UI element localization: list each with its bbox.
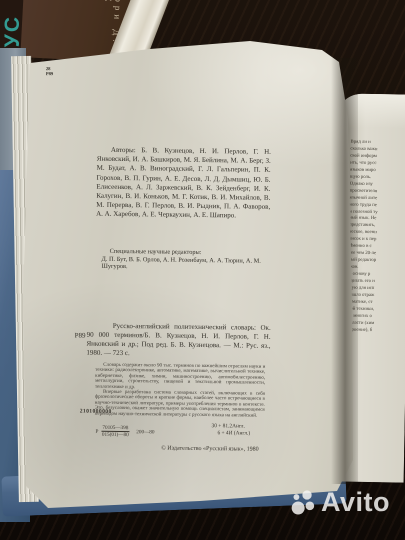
bibliographic-entry: Русско-английский политехнический словар… [86, 322, 270, 360]
special-editors-block: Специальные научные редакторы: Д. П. Бут… [101, 248, 269, 273]
classification-codes: 30 + 81.2Англ. 6 + 4И (Англ.) [211, 423, 250, 438]
avito-watermark-label: Avito [321, 489, 390, 516]
print-code-block: Р 70105—398 015(01)—80 200—80 [95, 425, 154, 439]
print-code-denominator: 015(01)—80 [102, 432, 129, 438]
annotation-paragraph-2: Впервые разработана система словарных ст… [95, 390, 265, 419]
catalog-sign: Р89 [75, 331, 86, 339]
avito-watermark: Avito [291, 489, 390, 516]
gutter-shadow [331, 58, 358, 484]
book-photo: ЗУС фри Д. С Вряд ли н сколько важн свой… [0, 0, 405, 540]
annotation-paragraph-1: Словарь содержит около 90 тыс. терминов … [95, 363, 265, 392]
catalog-number: 2101000000 [80, 409, 112, 415]
print-code-prefix: Р [95, 428, 98, 434]
annotation-block: Словарь содержит около 90 тыс. терминов … [95, 363, 266, 419]
authors-paragraph: Авторы: Б. В. Кузнецов, Н. И. Перлов, Г.… [96, 146, 271, 222]
editors-names: Д. П. Бут, В. Б. Орлов, А. Н. Розенбаум,… [101, 255, 269, 272]
print-run-code: 200—80 [136, 429, 154, 435]
avito-logo-icon [291, 490, 317, 516]
library-corner-mark: 28 Р89 [46, 66, 54, 76]
print-code-fraction: 70105—398 015(01)—80 [101, 425, 129, 438]
copyright-line: © Издательство «Русский язык», 1980 [161, 446, 258, 453]
bibliographic-entry-block: Р89 Русско-английский политехнический сл… [74, 321, 272, 359]
classification-line-2: 6 + 4И (Англ.) [217, 430, 250, 438]
